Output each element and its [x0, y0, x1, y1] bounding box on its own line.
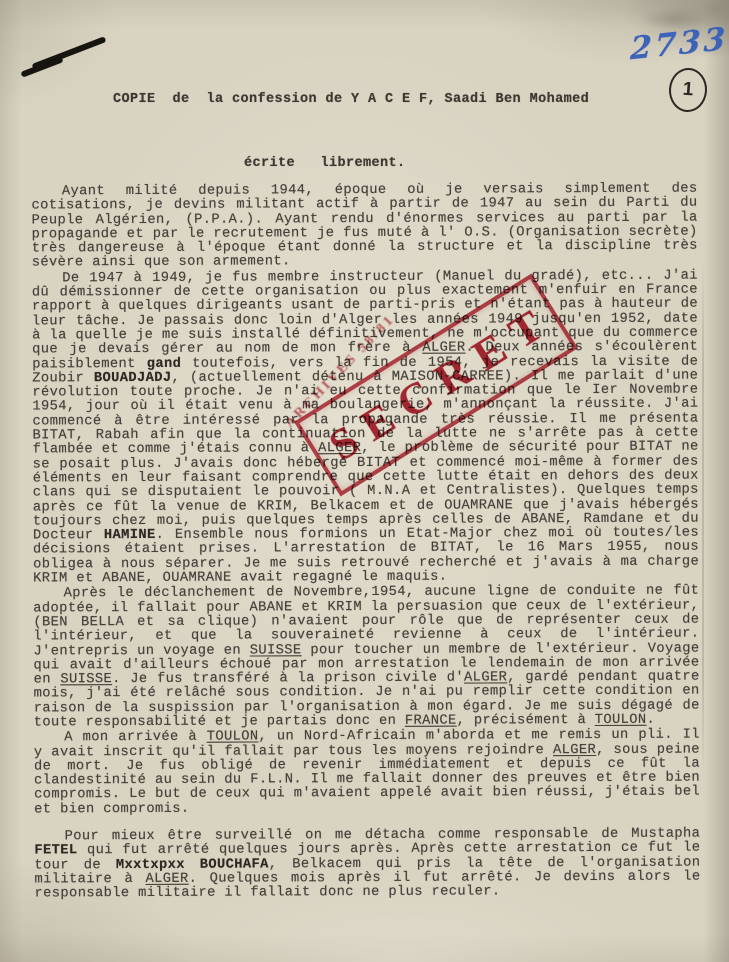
body-text: , précisément à: [457, 713, 595, 729]
body-text: [185, 857, 200, 872]
paragraph-1: Ayant milité depuis 1944, époque où je v…: [31, 183, 697, 272]
handwritten-check-mark: [20, 30, 120, 80]
title-line-2: écrite librement.: [244, 156, 589, 171]
paragraph-5: Pour mieux être surveillé on me détacha …: [34, 828, 700, 902]
page-number-circle: 1: [668, 67, 709, 114]
paper-crease: [702, 260, 704, 780]
emphasized-text: TOULON: [207, 730, 259, 745]
document-title: COPIE de la confession de Y A C E F, Saa…: [113, 62, 589, 201]
emphasized-text: FETEL: [34, 844, 77, 859]
emphasized-text: gand: [147, 356, 182, 371]
emphasized-text: TOULON: [595, 713, 647, 728]
paragraph-3: Après le déclanchement de Novembre,1954,…: [33, 585, 700, 731]
emphasized-text: BOUADJADJ: [94, 371, 172, 386]
emphasized-text: ALGER: [145, 872, 188, 887]
emphasized-text: ALGER: [464, 670, 507, 685]
page-number: 1: [682, 79, 694, 102]
emphasized-text: ALGER: [553, 743, 596, 758]
emphasized-text: Mxxtxpxx: [116, 857, 185, 872]
emphasized-text: BOUCHAFA: [200, 857, 269, 872]
body-text: A mon arrivée à: [64, 730, 207, 746]
document-body: Ayant milité depuis 1944, époque où je v…: [31, 183, 700, 902]
scanned-document-page: 2733 1 COPIE de la confession de Y A C E…: [0, 0, 729, 962]
emphasized-text: FRANCE: [405, 714, 457, 729]
title-line-1: COPIE de la confession de Y A C E F, Saa…: [113, 92, 589, 107]
paragraph-4: A mon arrivée à TOULON, un Nord-Africain…: [34, 729, 700, 818]
emphasized-text: SUISSE: [250, 643, 302, 658]
body-text: Ayant milité depuis 1944, époque où je v…: [31, 182, 697, 271]
body-text: .: [646, 713, 655, 728]
